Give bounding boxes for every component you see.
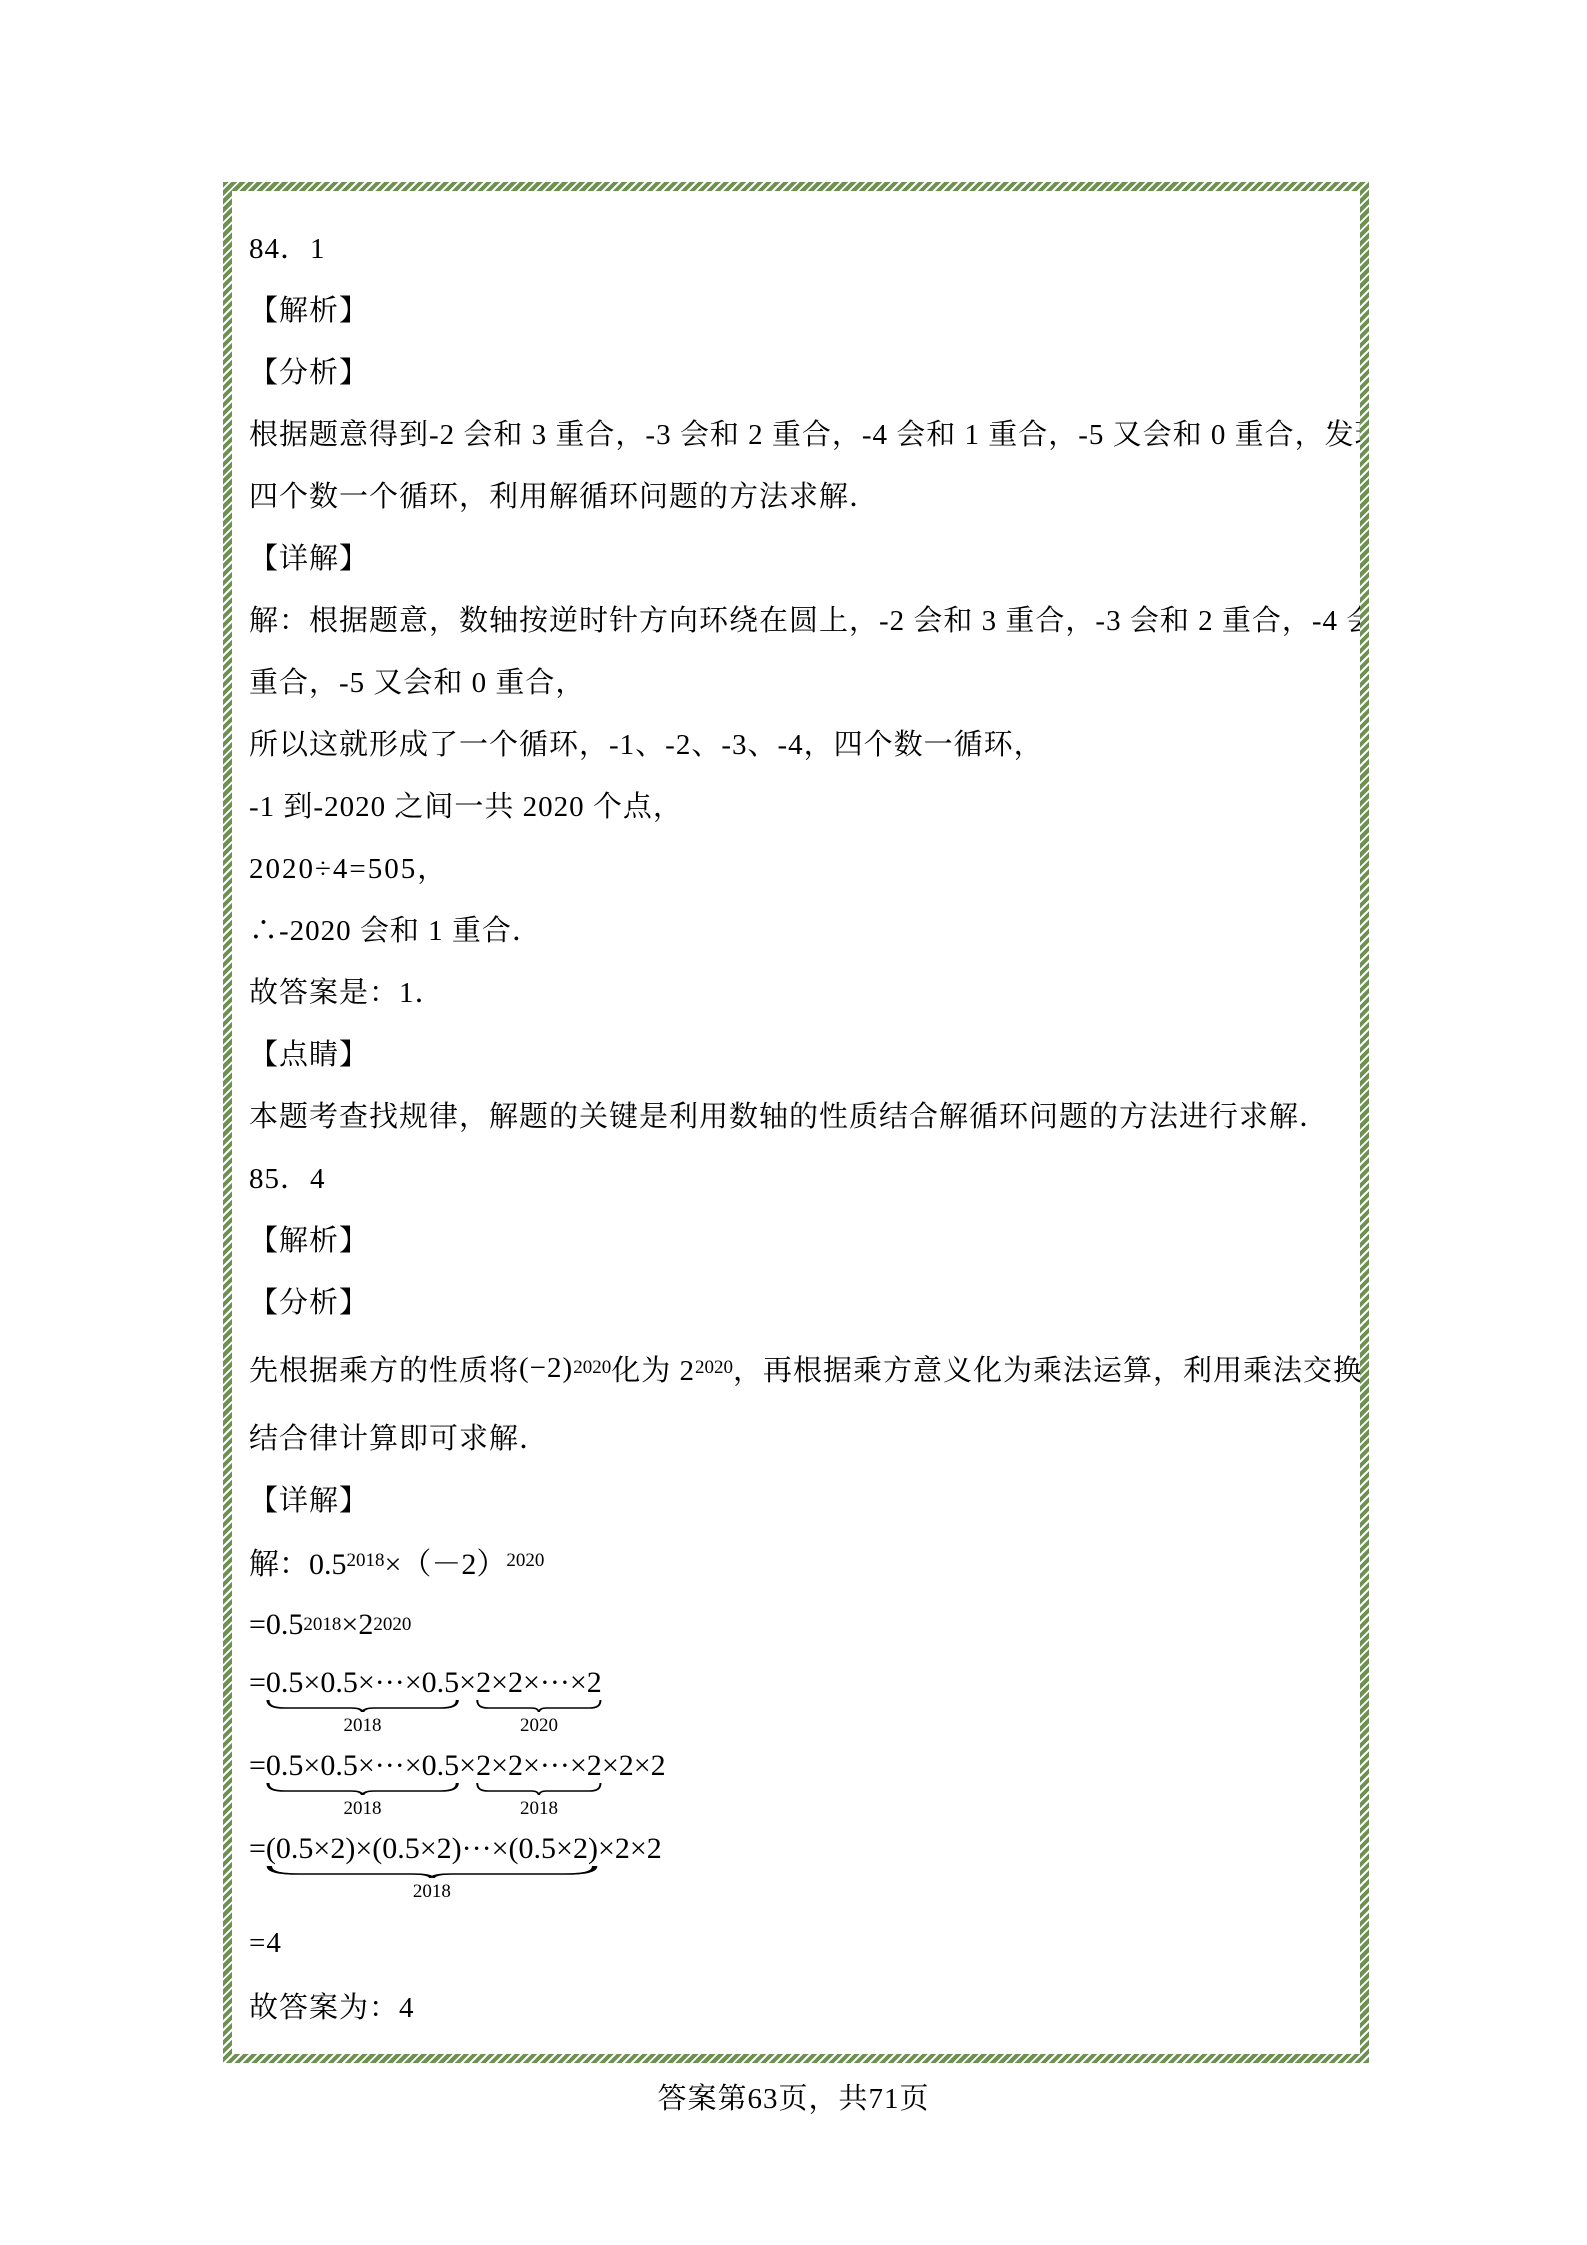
- step1-mid: ×2: [341, 1608, 373, 1642]
- step2-group2-expr: 2×2×···×2: [476, 1663, 602, 1703]
- step4-equals: =: [249, 1829, 266, 1869]
- calc-85-step1: =0.52018×22020: [249, 1593, 1348, 1657]
- section-label-dianjing-84: 【点睛】: [249, 1021, 1348, 1083]
- analysis-84-line1: 根据题意得到-2 会和 3 重合，-3 会和 2 重合，-4 会和 1 重合，-…: [249, 401, 1348, 463]
- calc-85-step4: = (0.5×2)×(0.5×2)···×(0.5×2) 2018 ×2×2: [249, 1829, 1348, 1902]
- step3-tail: ×2×2: [602, 1746, 666, 1786]
- step4-group1-count: 2018: [413, 1881, 451, 1902]
- step3-group1-expr: 0.5×0.5×···×0.5: [266, 1746, 459, 1786]
- analysis-84-line2: 四个数一个循环，利用解循环问题的方法求解．: [249, 463, 1348, 525]
- page-footer: 答案第63页，共71页: [0, 2076, 1587, 2117]
- underbrace-icon: [266, 1866, 598, 1878]
- detail-84-answer: 故答案是：1．: [249, 959, 1348, 1021]
- underbrace-icon: [266, 1700, 459, 1712]
- step2-underbrace-group2: 2×2×···×2 2020: [476, 1663, 602, 1736]
- underbrace-icon: [476, 1783, 602, 1795]
- dianjing-84-text: 本题考查找规律，解题的关键是利用数轴的性质结合解循环问题的方法进行求解．: [249, 1083, 1348, 1145]
- analysis-85-expr1-base: (−2): [519, 1352, 573, 1385]
- section-label-fenxi-85: 【分析】: [249, 1269, 1348, 1331]
- step3-times: ×: [459, 1746, 476, 1786]
- step2-group1-count: 2018: [344, 1715, 382, 1736]
- step3-group2-count: 2018: [520, 1798, 558, 1819]
- answer-84-number: 84．1: [249, 215, 1348, 277]
- section-label-jiexi-85: 【解析】: [249, 1207, 1348, 1269]
- detail-84-line3: 所以这就形成了一个循环，-1、-2、-3、-4，四个数一循环，: [249, 711, 1348, 773]
- detail-84-line1: 解：根据题意，数轴按逆时针方向环绕在圆上，-2 会和 3 重合，-3 会和 2 …: [249, 587, 1348, 649]
- step2-group2-count: 2020: [520, 1715, 558, 1736]
- step3-underbrace-group2: 2×2×···×2 2018: [476, 1746, 602, 1819]
- step3-group1-count: 2018: [344, 1798, 382, 1819]
- detail-84-equation: 2020÷4=505，: [249, 835, 1348, 897]
- step4-underbrace-group1: (0.5×2)×(0.5×2)···×(0.5×2) 2018: [266, 1829, 598, 1902]
- underbrace-icon: [476, 1700, 602, 1712]
- step0-base: 解：0.5: [249, 1539, 347, 1583]
- analysis-85-mid: 化为 2: [611, 1348, 695, 1389]
- section-label-jiexi-84: 【解析】: [249, 277, 1348, 339]
- analysis-85-pre: 先根据乘方的性质将: [249, 1348, 519, 1389]
- step2-equals: =: [249, 1663, 266, 1703]
- underbrace-icon: [266, 1783, 459, 1795]
- document-page: 84．1 【解析】 【分析】 根据题意得到-2 会和 3 重合，-3 会和 2 …: [0, 0, 1587, 2245]
- detail-84-line6: ∴-2020 会和 1 重合．: [249, 897, 1348, 959]
- detail-84-line4: -1 到-2020 之间一共 2020 个点，: [249, 773, 1348, 835]
- calc-85-result: =4: [249, 1912, 1348, 1974]
- step1-base: =0.5: [249, 1608, 303, 1642]
- answer-sheet-content: 84．1 【解析】 【分析】 根据题意得到-2 会和 3 重合，-3 会和 2 …: [232, 191, 1360, 2054]
- step2-times: ×: [459, 1663, 476, 1703]
- analysis-85-line1: 先根据乘方的性质将(−2)2020化为 22020，再根据乘方意义化为乘法运算，…: [249, 1331, 1348, 1405]
- section-label-xiangjie-85: 【详解】: [249, 1467, 1348, 1529]
- step2-underbrace-group1: 0.5×0.5×···×0.5 2018: [266, 1663, 459, 1736]
- analysis-85-post: ，再根据乘方意义化为乘法运算，利用乘法交换律、: [733, 1348, 1360, 1389]
- answer-85-number: 85．4: [249, 1145, 1348, 1207]
- step3-equals: =: [249, 1746, 266, 1786]
- step0-mid: ×（－2）: [385, 1539, 507, 1583]
- step3-underbrace-group1: 0.5×0.5×···×0.5 2018: [266, 1746, 459, 1819]
- analysis-85-line2: 结合律计算即可求解．: [249, 1405, 1348, 1467]
- section-label-xiangjie-84: 【详解】: [249, 525, 1348, 587]
- calc-85-step2: = 0.5×0.5×···×0.5 2018 × 2×2×···×2 2020: [249, 1663, 1348, 1736]
- calc-85-step3: = 0.5×0.5×···×0.5 2018 × 2×2×···×2 2018 …: [249, 1746, 1348, 1819]
- step3-group2-expr: 2×2×···×2: [476, 1746, 602, 1786]
- decorative-border: 84．1 【解析】 【分析】 根据题意得到-2 会和 3 重合，-3 会和 2 …: [223, 182, 1369, 2063]
- answer-85-final: 故答案为：4: [249, 1974, 1348, 2036]
- calc-85-step0: 解：0.52018×（－2）2020: [249, 1529, 1348, 1593]
- step4-tail: ×2×2: [598, 1829, 662, 1869]
- detail-84-line2: 重合，-5 又会和 0 重合，: [249, 649, 1348, 711]
- section-label-fenxi-84: 【分析】: [249, 339, 1348, 401]
- step2-group1-expr: 0.5×0.5×···×0.5: [266, 1663, 459, 1703]
- step4-group1-expr: (0.5×2)×(0.5×2)···×(0.5×2): [266, 1829, 598, 1869]
